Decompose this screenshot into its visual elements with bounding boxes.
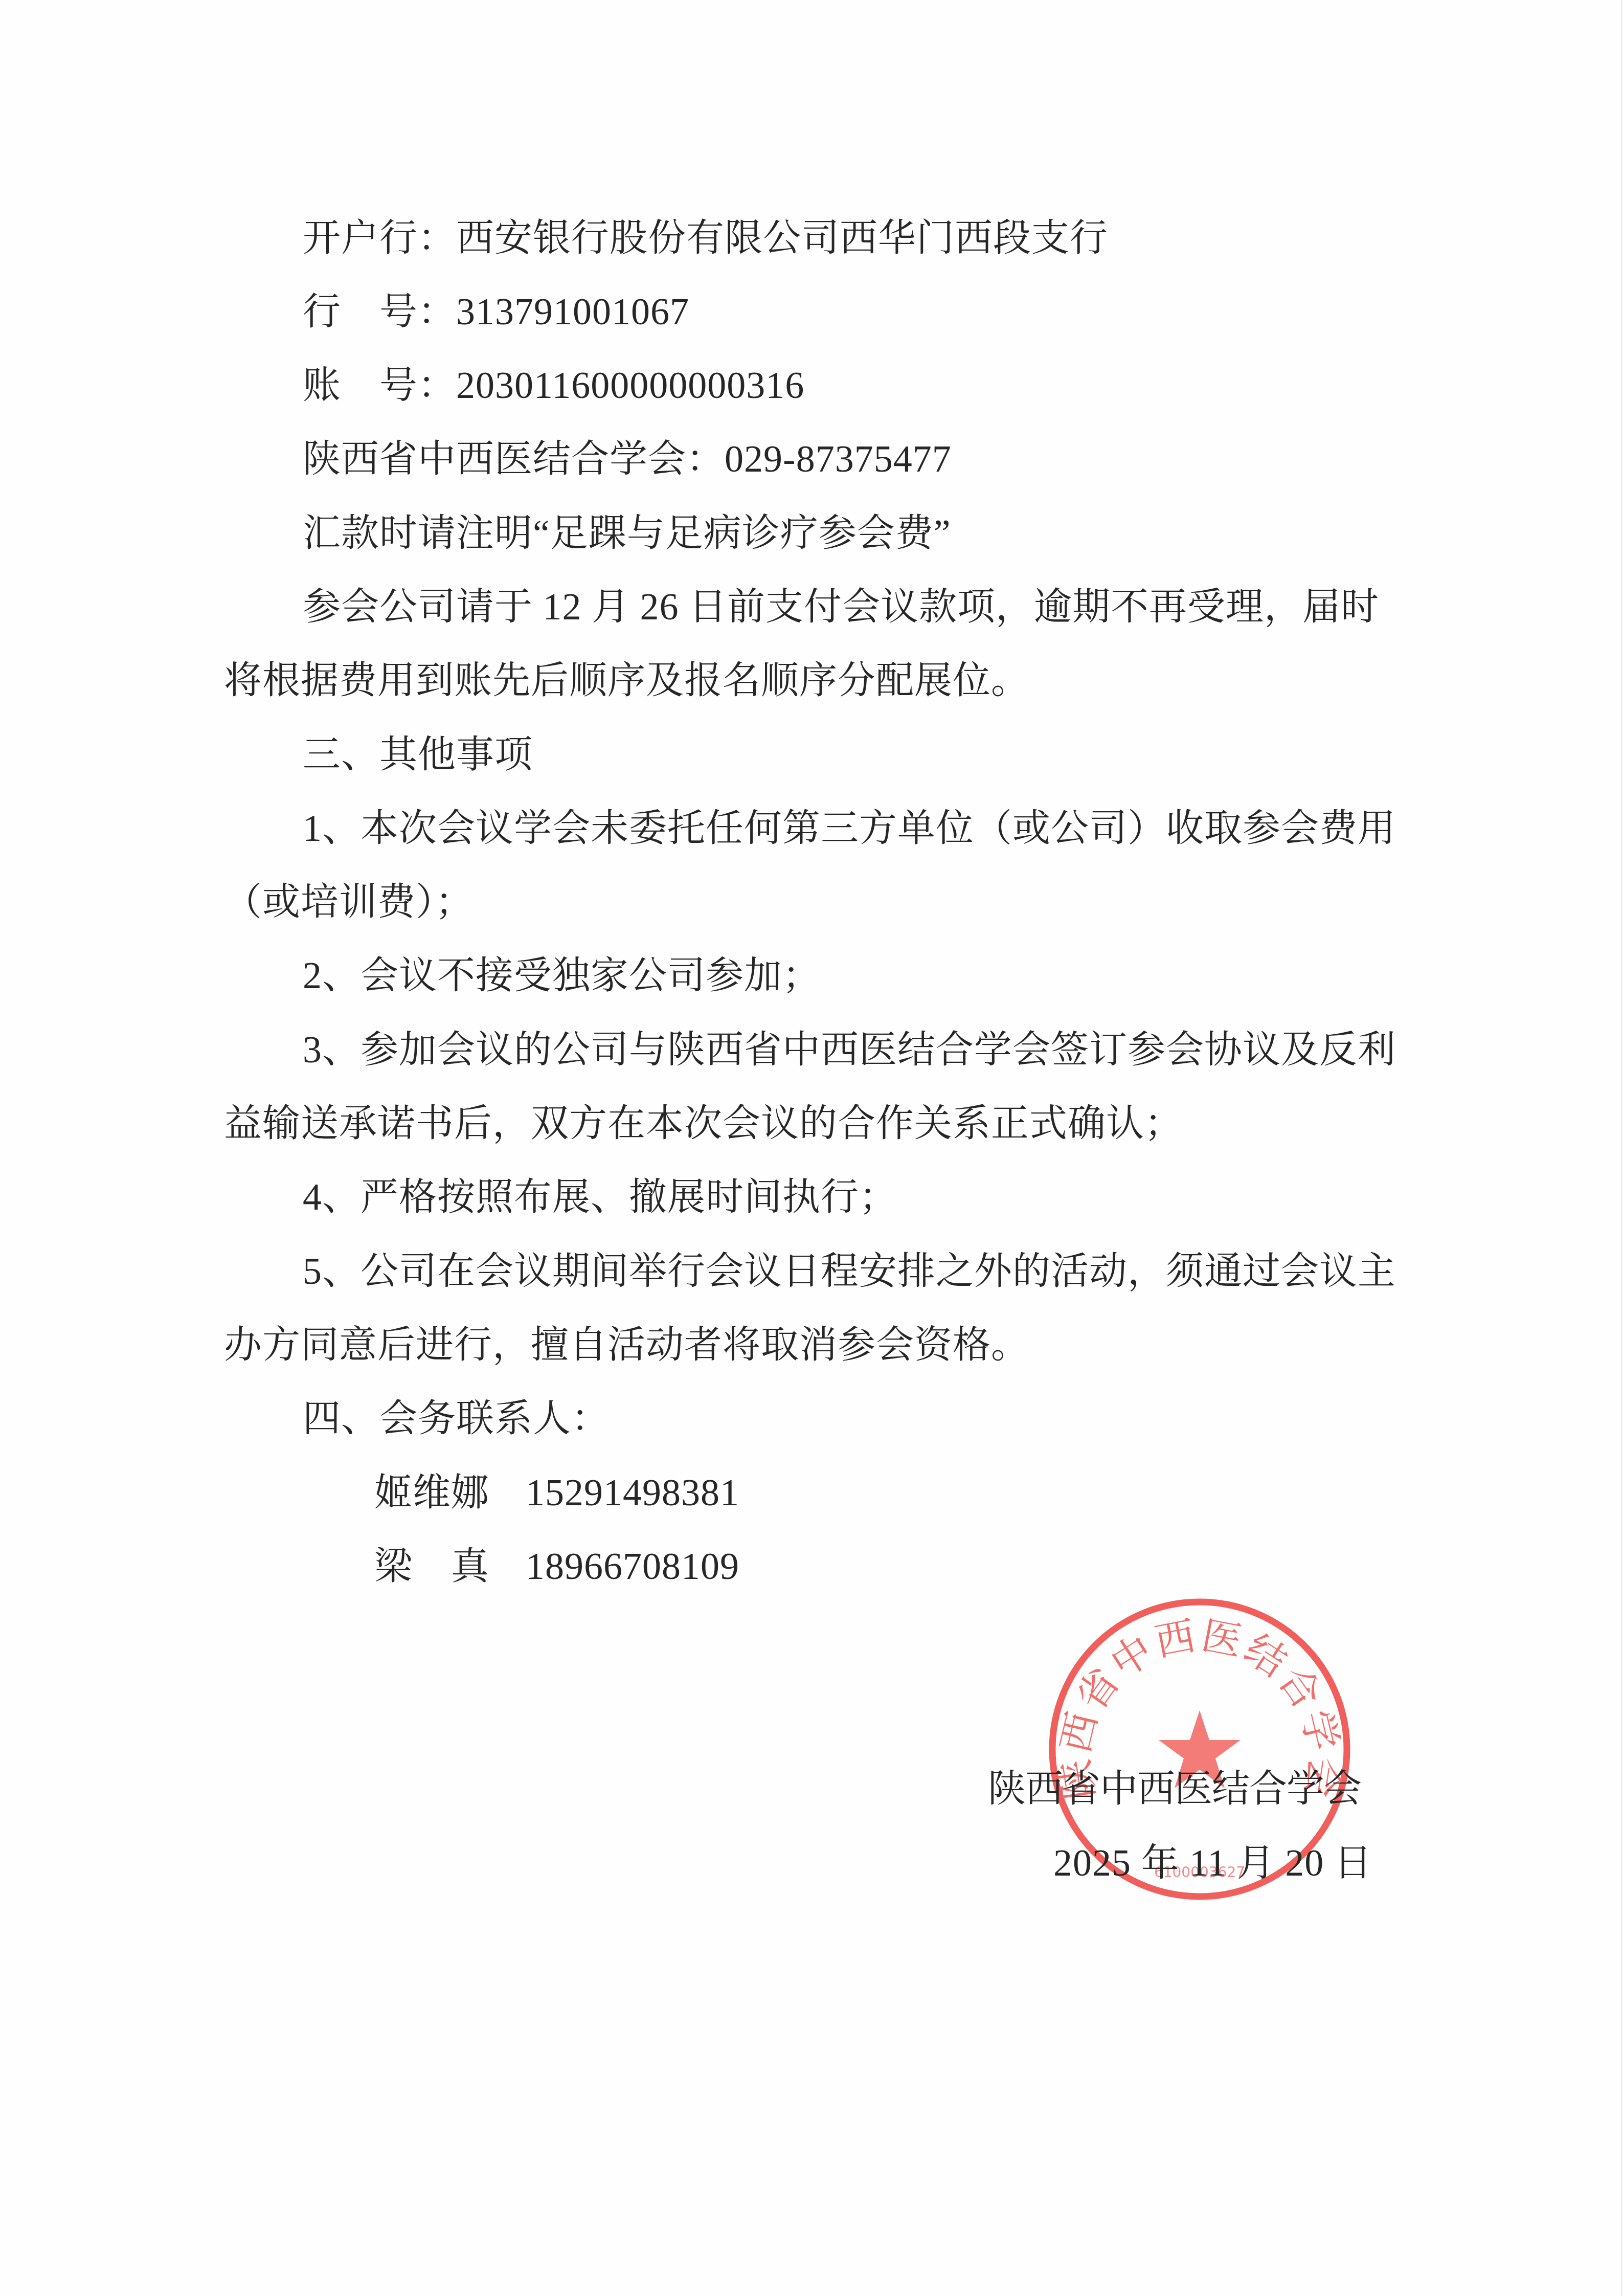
society-phone-value: 029-87375477	[725, 438, 952, 480]
section-heading-contacts: 四、会务联系人：	[303, 1382, 610, 1456]
account-value: 203011600000000316	[456, 365, 804, 407]
matter-1-line1: 1、本次会议学会未委托任何第三方单位（或公司）收取参会费用	[303, 792, 1367, 865]
remit-note: 汇款时请注明“足踝与足病诊疗参会费”	[303, 497, 951, 570]
section-heading-other-matters: 三、其他事项	[303, 718, 533, 792]
payment-deadline-line2: 将根据费用到账先后顺序及报名顺序分配展位。	[224, 644, 1029, 718]
matter-3-line2: 益输送承诺书后，双方在本次会议的合作关系正式确认；	[224, 1087, 1183, 1161]
contact-name: 梁 真	[374, 1530, 526, 1603]
bank-label: 开户行：	[303, 217, 456, 259]
contact-name: 姬维娜	[374, 1456, 526, 1530]
matter-5-line2: 办方同意后进行，擅自活动者将取消参会资格。	[224, 1308, 1029, 1382]
bank-number-value: 313791001067	[456, 291, 689, 333]
contact-phone: 15291498381	[526, 1472, 739, 1514]
bank-number-label: 行 号：	[303, 291, 456, 333]
society-phone-line: 陕西省中西医结合学会：029-87375477	[303, 422, 952, 496]
bank-value: 西安银行股份有限公司西华门西段支行	[456, 217, 1108, 259]
bank-number-line: 行 号：313791001067	[303, 275, 689, 349]
document-page: 开户行：西安银行股份有限公司西华门西段支行 行 号：313791001067 账…	[0, 0, 1623, 2296]
contact-row: 梁 真18966708109	[374, 1530, 739, 1603]
matter-5-line1: 5、公司在会议期间举行会议日程安排之外的活动，须通过会议主	[303, 1235, 1367, 1308]
matter-2: 2、会议不接受独家公司参加；	[303, 939, 821, 1013]
matter-3-line1: 3、参加会议的公司与陕西省中西医结合学会签订参会协议及反利	[303, 1013, 1367, 1087]
contact-phone: 18966708109	[526, 1546, 739, 1588]
signature-date: 2025 年 11 月 20 日	[1053, 1826, 1372, 1900]
society-phone-label: 陕西省中西医结合学会：	[303, 438, 725, 480]
matter-1-line2: （或培训费）；	[224, 865, 474, 939]
bank-line: 开户行：西安银行股份有限公司西华门西段支行	[303, 202, 1108, 275]
contact-row: 姬维娜15291498381	[374, 1456, 739, 1530]
signature-organization: 陕西省中西医结合学会	[988, 1752, 1361, 1826]
payment-deadline-line1: 参会公司请于 12 月 26 日前支付会议款项，逾期不再受理，届时	[303, 570, 1367, 644]
account-line: 账 号：203011600000000316	[303, 349, 804, 422]
account-label: 账 号：	[303, 365, 456, 407]
matter-4: 4、严格按照布展、撤展时间执行；	[303, 1161, 897, 1234]
